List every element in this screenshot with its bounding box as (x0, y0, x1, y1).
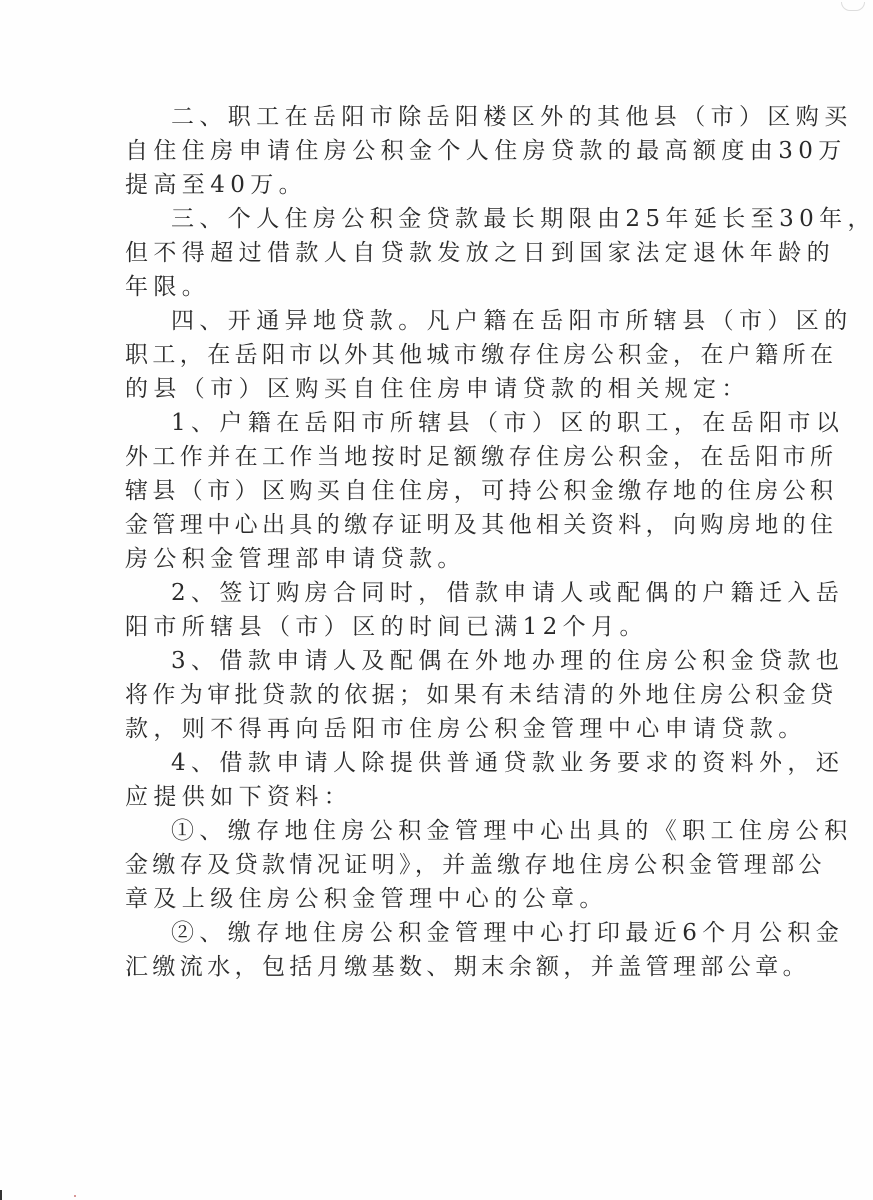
text-line: 阳市所辖县（市）区的时间已满12个月。 (125, 610, 715, 644)
paragraph-sub-2: 2、签订购房合同时，借款申请人或配偶的户籍迁入岳 阳市所辖县（市）区的时间已满1… (125, 576, 715, 644)
text-line: 外工作并在工作当地按时足额缴存住房公积金，在岳阳市所 (125, 440, 715, 474)
text-line: ②、缴存地住房公积金管理中心打印最近6个月公积金 (125, 916, 715, 950)
text-line: 款，则不得再向岳阳市住房公积金管理中心申请贷款。 (125, 712, 715, 746)
paragraph-sub-4: 4、借款申请人除提供普通贷款业务要求的资料外，还 应提供如下资料： (125, 746, 715, 814)
text-line: 辖县（市）区购买自住住房，可持公积金缴存地的住房公积 (125, 474, 715, 508)
text-line: 1、户籍在岳阳市所辖县（市）区的职工，在岳阳市以 (125, 406, 715, 440)
text-line: 房公积金管理部申请贷款。 (125, 542, 715, 576)
text-line: 2、签订购房合同时，借款申请人或配偶的户籍迁入岳 (125, 576, 715, 610)
document-body: 二、职工在岳阳市除岳阳楼区外的其他县（市）区购买 自住住房申请住房公积金个人住房… (125, 100, 715, 984)
scan-artifact-edge (0, 1190, 2, 1200)
text-line: ①、缴存地住房公积金管理中心出具的《职工住房公积 (125, 814, 715, 848)
text-line: 三、个人住房公积金贷款最长期限由25年延长至30年， (125, 202, 715, 236)
text-line: 二、职工在岳阳市除岳阳楼区外的其他县（市）区购买 (125, 100, 715, 134)
text-line: 但不得超过借款人自贷款发放之日到国家法定退休年龄的 (125, 236, 715, 270)
paragraph-sub-1: 1、户籍在岳阳市所辖县（市）区的职工，在岳阳市以 外工作并在工作当地按时足额缴存… (125, 406, 715, 576)
text-line: 章及上级住房公积金管理中心的公章。 (125, 882, 715, 916)
text-line: 金缴存及贷款情况证明》，并盖缴存地住房公积金管理部公 (125, 848, 715, 882)
text-line: 4、借款申请人除提供普通贷款业务要求的资料外，还 (125, 746, 715, 780)
text-line: 自住住房申请住房公积金个人住房贷款的最高额度由30万 (125, 134, 715, 168)
text-line: 应提供如下资料： (125, 780, 715, 814)
text-line: 四、开通异地贷款。凡户籍在岳阳市所辖县（市）区的 (125, 304, 715, 338)
scan-artifact-corner (841, 2, 865, 11)
text-line: 将作为审批贷款的依据；如果有未结清的外地住房公积金贷 (125, 678, 715, 712)
text-line: 的县（市）区购买自住住房申请贷款的相关规定： (125, 372, 715, 406)
text-line: 年限。 (125, 270, 715, 304)
paragraph-item-2: 二、职工在岳阳市除岳阳楼区外的其他县（市）区购买 自住住房申请住房公积金个人住房… (125, 100, 715, 202)
paragraph-sub-3: 3、借款申请人及配偶在外地办理的住房公积金贷款也 将作为审批贷款的依据；如果有未… (125, 644, 715, 746)
scanned-document-page: 二、职工在岳阳市除岳阳楼区外的其他县（市）区购买 自住住房申请住房公积金个人住房… (0, 0, 873, 1200)
scan-artifact-dot (74, 1195, 76, 1197)
paragraph-item-4: 四、开通异地贷款。凡户籍在岳阳市所辖县（市）区的 职工，在岳阳市以外其他城市缴存… (125, 304, 715, 406)
text-line: 职工，在岳阳市以外其他城市缴存住房公积金，在户籍所在 (125, 338, 715, 372)
text-line: 汇缴流水，包括月缴基数、期末余额，并盖管理部公章。 (125, 950, 715, 984)
paragraph-item-3: 三、个人住房公积金贷款最长期限由25年延长至30年， 但不得超过借款人自贷款发放… (125, 202, 715, 304)
text-line: 提高至40万。 (125, 168, 715, 202)
text-line: 金管理中心出具的缴存证明及其他相关资料，向购房地的住 (125, 508, 715, 542)
paragraph-sub-4-2: ②、缴存地住房公积金管理中心打印最近6个月公积金 汇缴流水，包括月缴基数、期末余… (125, 916, 715, 984)
paragraph-sub-4-1: ①、缴存地住房公积金管理中心出具的《职工住房公积 金缴存及贷款情况证明》，并盖缴… (125, 814, 715, 916)
text-line: 3、借款申请人及配偶在外地办理的住房公积金贷款也 (125, 644, 715, 678)
